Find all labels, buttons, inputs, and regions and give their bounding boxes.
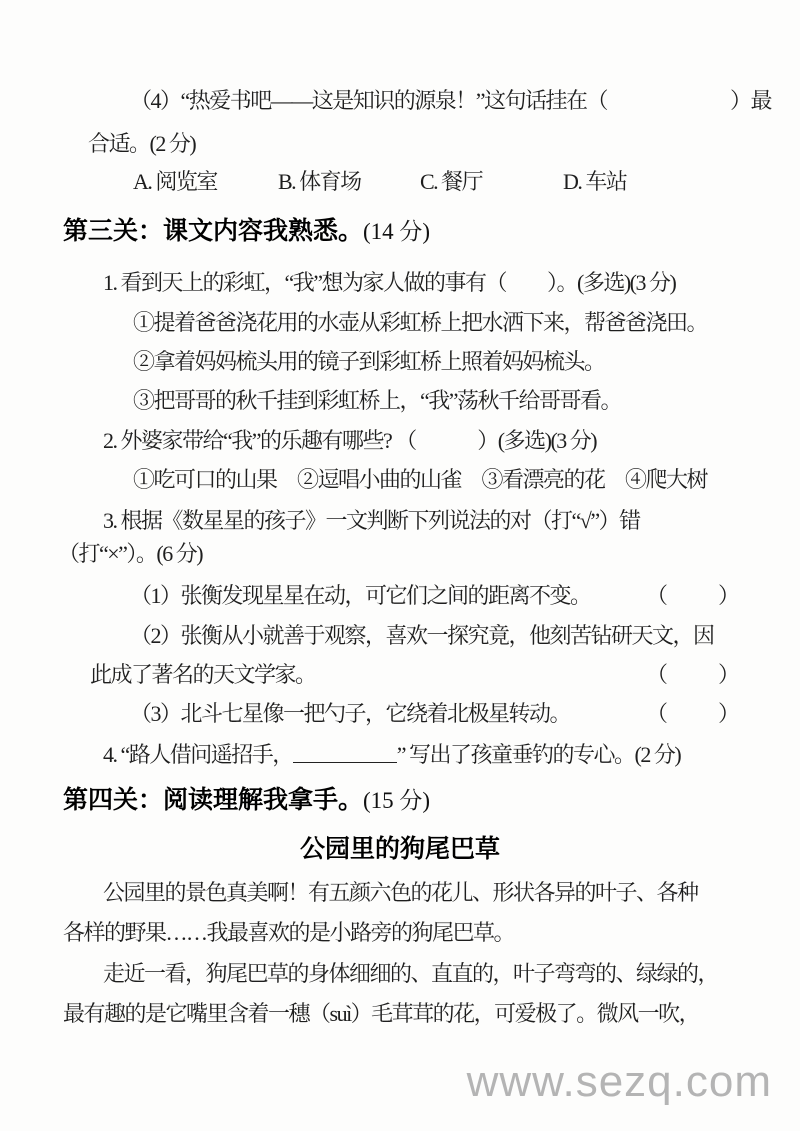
option-a: A. 阅览室: [133, 168, 217, 196]
s3-q1-choice-2: ②拿着妈妈梳头用的镜子到彩虹桥上照着妈妈梳头。: [133, 348, 605, 376]
prev-q4-stem-line2: 合适。(2 分): [88, 130, 195, 158]
s3-q4-prefix: 4. “路人借问遥招手，: [103, 742, 293, 767]
s3-q4-suffix: ” 写出了孩童垂钓的专心。(2 分): [397, 742, 680, 767]
passage-para1-line1: 公园里的景色真美啊！有五颜六色的花儿、形状各异的叶子、各种: [103, 879, 698, 907]
s3-q1-choice-1: ①提着爸爸浇花用的水壶从彩虹桥上把水洒下来，帮爸爸浇田。: [133, 309, 707, 337]
s3-q3-item3-text: （3）北斗七星像一把勺子，它绕着北极星转动。: [63, 701, 570, 726]
option-c: C. 餐厅: [420, 168, 482, 196]
s3-q3-item1-text: （1）张衡发现星星在动，可它们之间的距离不变。: [63, 583, 591, 608]
s3-q3-item2-text-line1: （2）张衡从小就善于观察，喜欢一探究竟，他刻苦钻研天文，因: [63, 623, 714, 648]
passage-title: 公园里的狗尾巴草: [0, 835, 800, 863]
s3-q3-item3-answer-blank: （ ）: [646, 700, 742, 728]
s3-q3-item2-text-line2: 此成了著名的天文学家。: [63, 662, 316, 687]
s3-q4-stem: 4. “路人借问遥招手，” 写出了孩童垂钓的专心。(2 分): [103, 740, 680, 769]
section4-heading-score: (15 分): [363, 788, 430, 813]
s3-q3-stem-line1: 3. 根据《数星星的孩子》一文判断下列说法的对（打“√”）错: [103, 507, 640, 535]
s3-q2-choices: ①吃可口的山果 ②逗唱小曲的山雀 ③看漂亮的花 ④爬大树: [133, 466, 707, 494]
section4-heading-text: 第四关：阅读理解我拿手。: [63, 786, 363, 814]
option-b: B. 体育场: [278, 168, 361, 196]
section4-heading: 第四关：阅读理解我拿手。(15 分): [63, 786, 430, 815]
s3-q3-stem-line2: （打“×”）。(6 分): [58, 540, 202, 568]
passage-para1-line2: 各样的野果……我最喜欢的是小路旁的狗尾巴草。: [63, 919, 514, 947]
s3-q1-choice-3: ③把哥哥的秋千挂到彩虹桥上，“我”荡秋千给哥哥看。: [133, 387, 621, 415]
s3-q1-stem: 1. 看到天上的彩虹，“我”想为家人做的事有（ ）。(多选)(3 分): [103, 269, 675, 297]
s3-q3-item2-answer-blank: （ ）: [646, 661, 742, 689]
section3-heading: 第三关：课文内容我熟悉。(14 分): [63, 217, 430, 246]
worksheet-page: （4）“热爱书吧——这是知识的源泉！”这句话挂在（ ）最 合适。(2 分) A.…: [0, 0, 800, 1131]
s3-q2-stem: 2. 外婆家带给“我”的乐趣有哪些? （ ）(多选)(3 分): [103, 427, 596, 455]
s3-q3-item2-line2: 此成了著名的天文学家。 （ ）: [63, 661, 745, 689]
section3-heading-score: (14 分): [363, 219, 430, 244]
passage-para2-line1: 走近一看，狗尾巴草的身体细细的、直直的，叶子弯弯的、绿绿的，: [103, 960, 718, 988]
s3-q4-fill-blank: [293, 740, 397, 763]
s3-q3-item2-line1: （2）张衡从小就善于观察，喜欢一探究竟，他刻苦钻研天文，因: [63, 622, 745, 650]
prev-q4-stem-line1: （4）“热爱书吧——这是知识的源泉！”这句话挂在（ ）最: [130, 87, 771, 115]
option-d: D. 车站: [563, 168, 626, 196]
section3-heading-text: 第三关：课文内容我熟悉。: [63, 217, 363, 245]
passage-para2-line2: 最有趣的是它嘴里含着一穗（suì）毛茸茸的花，可爱极了。微风一吹，: [63, 1000, 699, 1028]
s3-q3-item3: （3）北斗七星像一把勺子，它绕着北极星转动。 （ ）: [63, 700, 745, 728]
site-watermark: www.sezq.com: [467, 1057, 772, 1107]
s3-q3-item1: （1）张衡发现星星在动，可它们之间的距离不变。 （ ）: [63, 582, 745, 610]
s3-q3-item1-answer-blank: （ ）: [646, 582, 742, 610]
